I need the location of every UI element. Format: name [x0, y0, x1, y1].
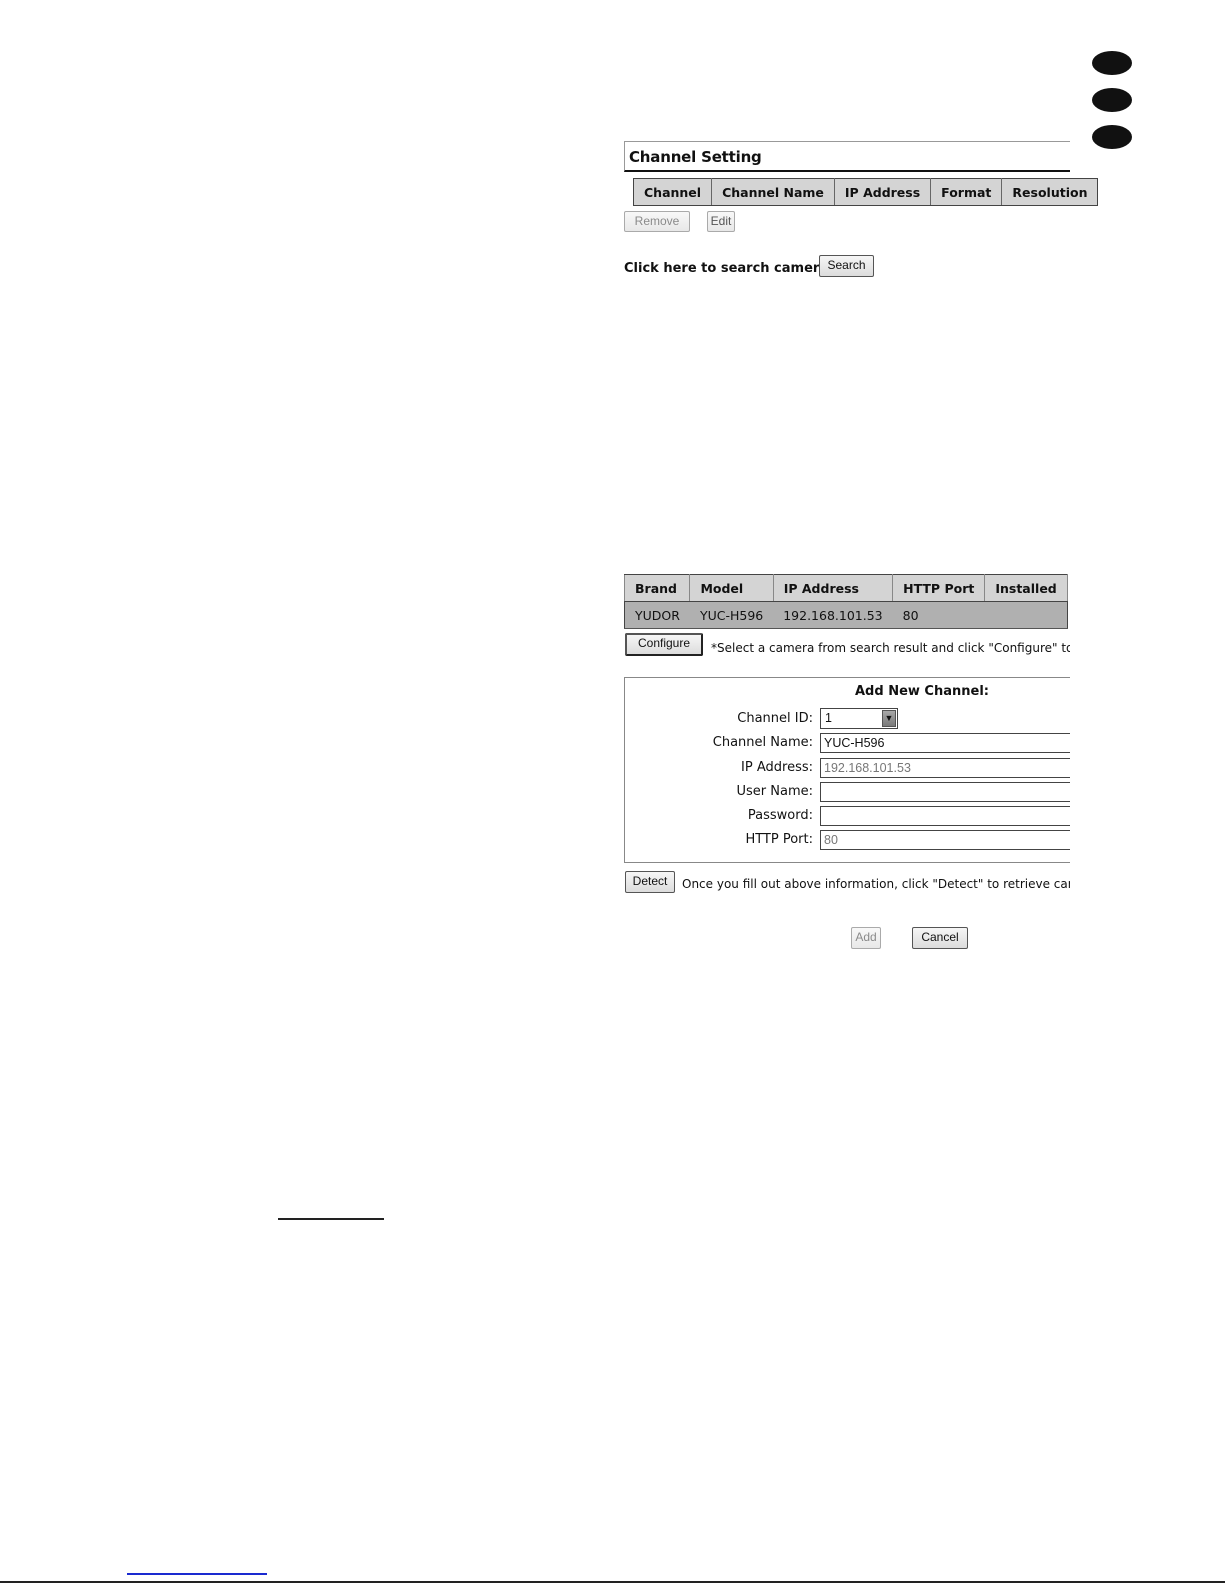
- channel-id-label: Channel ID:: [737, 711, 813, 726]
- page-bottom-rule: [0, 1581, 1225, 1583]
- configure-button[interactable]: Configure: [625, 633, 703, 656]
- http-port-label: HTTP Port:: [745, 832, 813, 847]
- column-header-channel[interactable]: Channel: [634, 179, 712, 206]
- cancel-button[interactable]: Cancel: [912, 927, 968, 949]
- user-name-input[interactable]: [820, 782, 1070, 802]
- channel-setting-header: Channel Setting: [624, 141, 1070, 172]
- language-tab-dot-3: [1092, 125, 1132, 149]
- column-header-http-port[interactable]: HTTP Port: [893, 575, 985, 602]
- cell-installed: [985, 602, 1067, 629]
- column-header-format[interactable]: Format: [931, 179, 1002, 206]
- cell-brand: YUDOR: [625, 602, 690, 629]
- channel-name-label: Channel Name:: [713, 735, 813, 750]
- channel-name-input[interactable]: YUC-H596: [820, 733, 1070, 753]
- add-button[interactable]: Add: [851, 927, 881, 949]
- page-title: Channel Setting: [629, 148, 762, 166]
- column-header-installed[interactable]: Installed: [985, 575, 1067, 602]
- column-header-brand[interactable]: Brand: [625, 575, 690, 602]
- cell-ip-address: 192.168.101.53: [773, 602, 892, 629]
- column-header-ip-address[interactable]: IP Address: [834, 179, 930, 206]
- password-label: Password:: [748, 808, 813, 823]
- detect-button[interactable]: Detect: [625, 871, 675, 893]
- ip-address-input[interactable]: 192.168.101.53: [820, 758, 1070, 778]
- http-port-input[interactable]: 80: [820, 830, 1070, 850]
- search-results-table: Brand Model IP Address HTTP Port Install…: [624, 574, 1068, 629]
- search-prompt: Click here to search camera:: [624, 261, 833, 276]
- search-button[interactable]: Search: [819, 255, 874, 277]
- user-name-label: User Name:: [737, 784, 814, 799]
- column-header-model[interactable]: Model: [690, 575, 773, 602]
- configure-note: *Select a camera from search result and …: [711, 641, 1070, 655]
- column-header-channel-name[interactable]: Channel Name: [712, 179, 835, 206]
- channel-id-select[interactable]: 1 ▼: [820, 708, 898, 729]
- chevron-down-icon[interactable]: ▼: [882, 710, 896, 727]
- cell-model: YUC-H596: [690, 602, 773, 629]
- detect-note: Once you fill out above information, cli…: [682, 877, 1070, 891]
- table-row[interactable]: YUDOR YUC-H596 192.168.101.53 80: [625, 602, 1068, 629]
- language-tab-dot-1: [1092, 51, 1132, 75]
- language-tab-dot-2: [1092, 88, 1132, 112]
- channel-table: Channel Channel Name IP Address Format R…: [633, 178, 1098, 206]
- footnote-divider: [278, 1218, 384, 1220]
- channel-id-value: 1: [825, 711, 832, 725]
- remove-button[interactable]: Remove: [624, 211, 690, 232]
- column-header-resolution[interactable]: Resolution: [1002, 179, 1098, 206]
- add-channel-title: Add New Channel:: [855, 684, 989, 699]
- ip-address-label: IP Address:: [741, 760, 813, 775]
- link-underline: [127, 1573, 267, 1575]
- edit-button[interactable]: Edit: [707, 211, 735, 232]
- cell-http-port: 80: [893, 602, 985, 629]
- column-header-ip-address[interactable]: IP Address: [773, 575, 892, 602]
- password-input[interactable]: [820, 806, 1070, 826]
